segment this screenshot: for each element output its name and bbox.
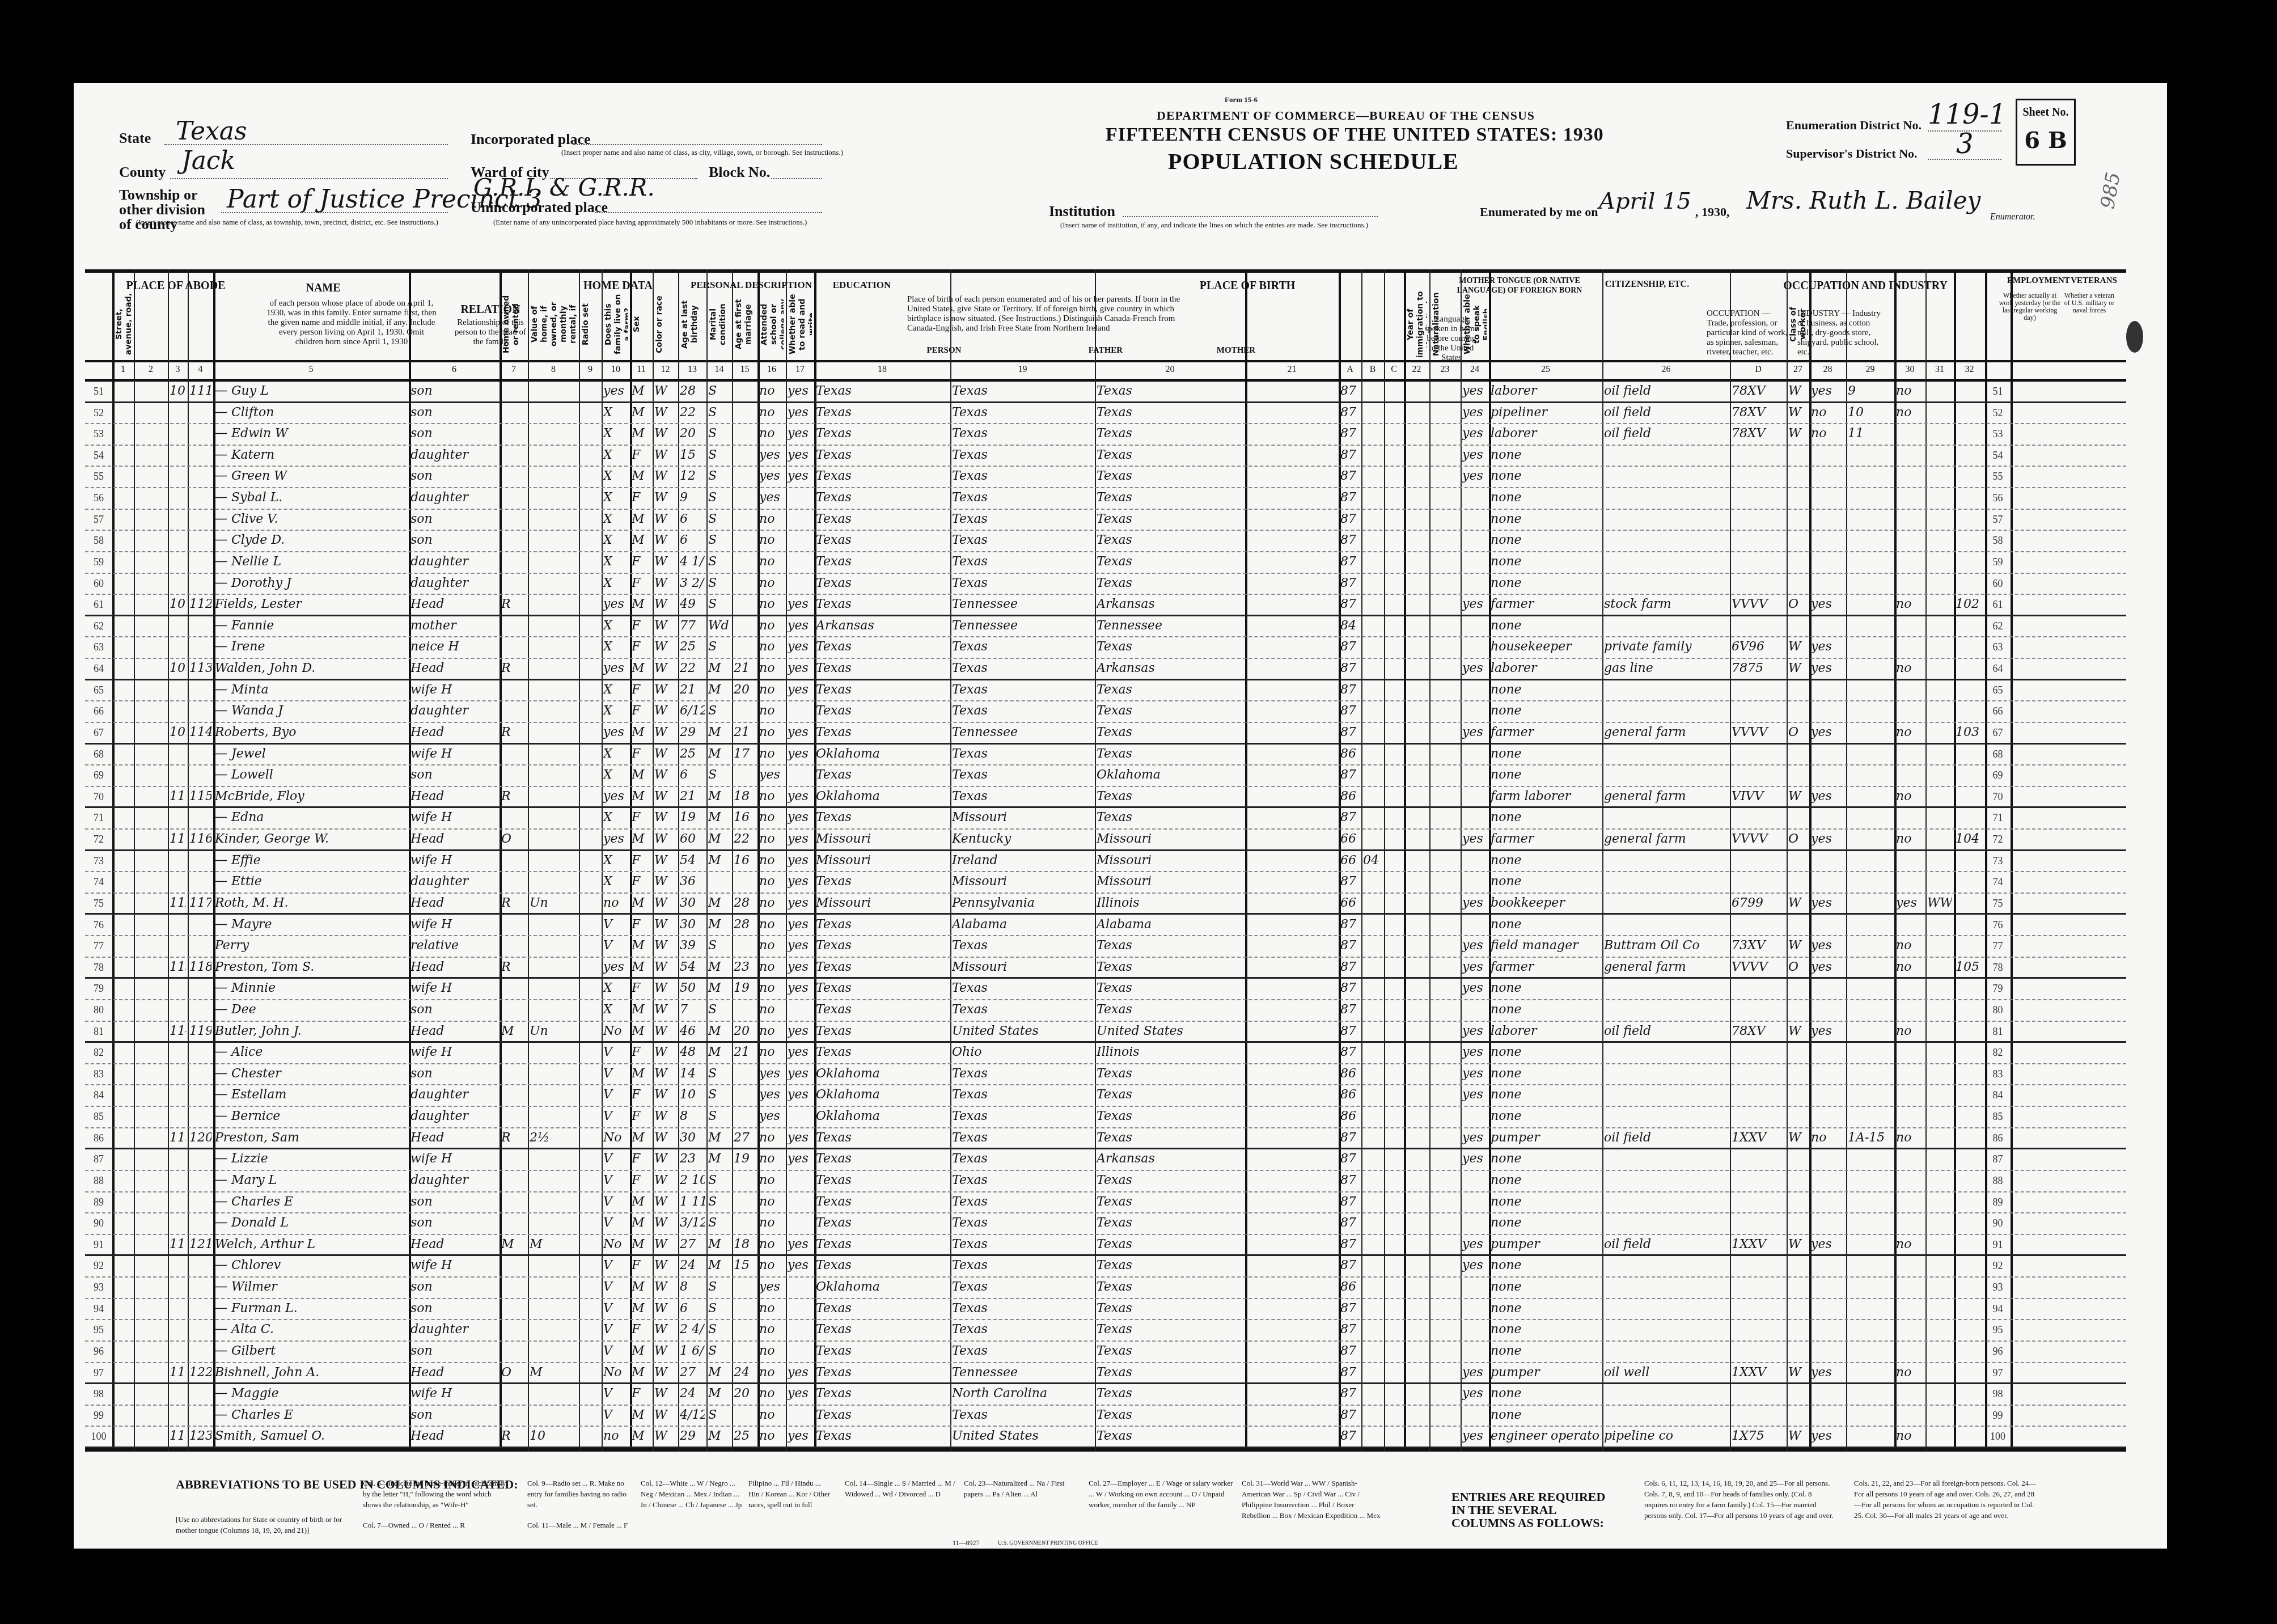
name-cell: Fields, Lester bbox=[215, 596, 407, 613]
read-cell: yes bbox=[788, 746, 812, 763]
dwelling-cell bbox=[170, 1044, 186, 1061]
radio-cell bbox=[581, 1151, 600, 1168]
value-cell bbox=[530, 916, 577, 933]
unemp-cell bbox=[1848, 489, 1893, 506]
table-row: 5656— Sybal L.daughterXFW9SyesTexasTexas… bbox=[85, 488, 2126, 510]
sex-cell: M bbox=[632, 788, 651, 805]
code-d-cell bbox=[1732, 809, 1785, 826]
father-cell: Texas bbox=[952, 532, 1093, 549]
line-number-right: 80 bbox=[1987, 1001, 2009, 1018]
english-cell bbox=[1462, 788, 1487, 805]
birth-cell: Texas bbox=[816, 1343, 949, 1360]
read-cell: yes bbox=[788, 660, 812, 677]
code-d-cell bbox=[1732, 1407, 1785, 1424]
code-d-cell: 1X75 bbox=[1732, 1428, 1785, 1445]
farmsched-cell bbox=[1956, 660, 1983, 677]
line-number: 89 bbox=[87, 1194, 111, 1211]
group-place-of-birth: PLACE OF BIRTH bbox=[1162, 280, 1332, 293]
read-cell: yes bbox=[788, 959, 812, 976]
marital-cell: M bbox=[708, 895, 730, 912]
war-cell bbox=[1927, 511, 1952, 528]
vet-cell: no bbox=[1896, 724, 1924, 741]
line-number-right: 71 bbox=[1987, 809, 2009, 826]
abbrev-col9: Col. 9—Radio set ... R. Make no entry fo… bbox=[527, 1478, 629, 1510]
school-cell: no bbox=[759, 831, 784, 848]
mother-cell: Texas bbox=[1097, 1215, 1243, 1232]
agemar-cell bbox=[734, 468, 756, 485]
school-cell: no bbox=[759, 660, 784, 677]
school-cell: no bbox=[759, 1343, 784, 1360]
class-cell: W bbox=[1788, 383, 1808, 400]
unincorporated-note: (Enter name of any unincorporated place … bbox=[493, 218, 807, 227]
marital-cell: M bbox=[708, 1257, 730, 1274]
code-d-cell bbox=[1732, 1044, 1785, 1061]
english-cell: yes bbox=[1462, 959, 1487, 976]
age-cell: 14 bbox=[680, 1065, 705, 1082]
class-cell bbox=[1788, 1215, 1808, 1232]
marital-cell: M bbox=[708, 1364, 730, 1381]
table-row: 8888— Mary LdaughterVFW2 10/12SnoTexasTe… bbox=[85, 1171, 2126, 1192]
group-education: EDUCATION bbox=[828, 280, 896, 291]
sex-cell: M bbox=[632, 1065, 651, 1082]
family-cell bbox=[189, 638, 211, 655]
sd-value: 3 bbox=[1956, 128, 1974, 160]
birth-cell: Missouri bbox=[816, 852, 949, 869]
school-cell: yes bbox=[759, 767, 784, 784]
value-cell bbox=[530, 553, 577, 570]
value-cell bbox=[530, 937, 577, 954]
birth-cell: Texas bbox=[816, 959, 949, 976]
mother-cell: United States bbox=[1097, 1023, 1243, 1040]
name-cell: — Irene bbox=[215, 638, 407, 655]
line-number: 60 bbox=[87, 575, 111, 592]
read-cell bbox=[788, 511, 812, 528]
occupation-cell: laborer bbox=[1491, 425, 1601, 442]
age-cell: 1 11/12 bbox=[680, 1194, 705, 1211]
english-cell bbox=[1462, 1300, 1487, 1317]
dwelling-cell bbox=[170, 1086, 186, 1103]
line-number-right: 63 bbox=[1987, 638, 2009, 655]
sex-cell: M bbox=[632, 959, 651, 976]
work-cell bbox=[1811, 1172, 1844, 1189]
school-cell: no bbox=[759, 532, 784, 549]
family-cell bbox=[189, 404, 211, 421]
work-cell bbox=[1811, 532, 1844, 549]
code-d-cell bbox=[1732, 873, 1785, 890]
radio-cell bbox=[581, 1172, 600, 1189]
table-row: 6363— Ireneneice HXFW25SnoyesTexasTexasT… bbox=[85, 637, 2126, 659]
father-cell: Texas bbox=[952, 980, 1093, 997]
line-number: 61 bbox=[87, 596, 111, 613]
line-number-right: 78 bbox=[1987, 959, 2009, 976]
marital-cell: M bbox=[708, 724, 730, 741]
english-cell: yes bbox=[1462, 425, 1487, 442]
tenure-cell bbox=[501, 980, 526, 997]
dwelling-cell: 112 bbox=[170, 895, 186, 912]
marital-cell: M bbox=[708, 1044, 730, 1061]
line-number: 99 bbox=[87, 1407, 111, 1424]
value-cell: Un bbox=[530, 1023, 577, 1040]
name-cell: Roberts, Byo bbox=[215, 724, 407, 741]
marital-cell: M bbox=[708, 831, 730, 848]
race-cell: W bbox=[654, 1086, 676, 1103]
tenure-cell: R bbox=[501, 724, 526, 741]
mother-cell: Texas bbox=[1097, 1300, 1243, 1317]
mother-cell: Arkansas bbox=[1097, 596, 1243, 613]
farm-cell: yes bbox=[603, 596, 628, 613]
marital-cell: Wd bbox=[708, 618, 730, 635]
form-number: Form 15-6 bbox=[1225, 95, 1258, 104]
rel-cell: daughter bbox=[410, 489, 498, 506]
industry-cell bbox=[1604, 1321, 1728, 1338]
code-d-cell bbox=[1732, 447, 1785, 464]
value-cell bbox=[530, 575, 577, 592]
father-cell: Alabama bbox=[952, 916, 1093, 933]
dwelling-cell bbox=[170, 1001, 186, 1018]
tenure-cell bbox=[501, 383, 526, 400]
abbrev-col7: Col. 7—Owned ... O / Rented ... R bbox=[363, 1520, 510, 1530]
radio-cell bbox=[581, 468, 600, 485]
marital-cell: M bbox=[708, 980, 730, 997]
race-cell: W bbox=[654, 746, 676, 763]
table-row: 5252— CliftonsonXMW22SnoyesTexasTexasTex… bbox=[85, 403, 2126, 425]
rel-cell: Head bbox=[410, 959, 498, 976]
column-number: 7 bbox=[500, 365, 528, 375]
mother-cell: Texas bbox=[1097, 1001, 1243, 1018]
table-row: 8585— BernicedaughterVFW8SyesOklahomaTex… bbox=[85, 1107, 2126, 1128]
code-d-cell bbox=[1732, 1343, 1785, 1360]
industry-cell: stock farm bbox=[1604, 596, 1728, 613]
tenure-cell: R bbox=[501, 596, 526, 613]
farmsched-cell bbox=[1956, 1321, 1983, 1338]
occupation-cell: none bbox=[1491, 1001, 1601, 1018]
english-cell: yes bbox=[1462, 980, 1487, 997]
family-cell: 111 bbox=[189, 383, 211, 400]
table-row: 8989— Charles EsonVMW1 11/12SnoTexasTexa… bbox=[85, 1192, 2126, 1214]
industry-cell bbox=[1604, 916, 1728, 933]
tenure-cell: R bbox=[501, 660, 526, 677]
code-a-cell: 87 bbox=[1340, 532, 1360, 549]
abbrev-note: [Use no abbreviations for State or count… bbox=[176, 1514, 346, 1536]
read-cell: yes bbox=[788, 1385, 812, 1402]
family-cell bbox=[189, 682, 211, 699]
read-cell: yes bbox=[788, 425, 812, 442]
occupation-cell: none bbox=[1491, 1279, 1601, 1296]
unemp-cell bbox=[1848, 916, 1893, 933]
line-number: 66 bbox=[87, 703, 111, 720]
read-cell: yes bbox=[788, 596, 812, 613]
radio-cell bbox=[581, 873, 600, 890]
farmsched-cell bbox=[1956, 1428, 1983, 1445]
agemar-cell: 20 bbox=[734, 1385, 756, 1402]
unemp-cell bbox=[1848, 638, 1893, 655]
unemp-cell bbox=[1848, 532, 1893, 549]
agemar-cell bbox=[734, 1001, 756, 1018]
radio-cell bbox=[581, 596, 600, 613]
occupation-cell: none bbox=[1491, 1343, 1601, 1360]
unincorporated-label: Unincorporated place bbox=[471, 199, 608, 216]
value-cell bbox=[530, 425, 577, 442]
sex-cell: F bbox=[632, 682, 651, 699]
farm-cell: No bbox=[603, 1023, 628, 1040]
unemp-cell bbox=[1848, 1151, 1893, 1168]
value-cell bbox=[530, 1257, 577, 1274]
sex-cell: M bbox=[632, 425, 651, 442]
farm-cell: V bbox=[603, 1151, 628, 1168]
agemar-cell bbox=[734, 1407, 756, 1424]
line-number-right: 76 bbox=[1987, 916, 2009, 933]
agemar-cell bbox=[734, 489, 756, 506]
class-cell bbox=[1788, 852, 1808, 869]
read-cell: yes bbox=[788, 682, 812, 699]
dwelling-cell bbox=[170, 682, 186, 699]
radio-cell bbox=[581, 809, 600, 826]
read-cell bbox=[788, 553, 812, 570]
sex-cell: F bbox=[632, 1172, 651, 1189]
war-cell bbox=[1927, 596, 1952, 613]
read-cell: yes bbox=[788, 468, 812, 485]
rel-cell: son bbox=[410, 1300, 498, 1317]
farmsched-cell bbox=[1956, 553, 1983, 570]
birth-cell: Texas bbox=[816, 937, 949, 954]
name-cell: — Chester bbox=[215, 1065, 407, 1082]
work-cell bbox=[1811, 1001, 1844, 1018]
tenure-cell bbox=[501, 489, 526, 506]
unemp-cell: 11 bbox=[1848, 425, 1893, 442]
school-cell: yes bbox=[759, 1108, 784, 1125]
farm-cell: V bbox=[603, 1065, 628, 1082]
war-cell bbox=[1927, 1364, 1952, 1381]
column-number: 17 bbox=[786, 365, 814, 375]
code-a-cell: 87 bbox=[1340, 1172, 1360, 1189]
code-d-cell bbox=[1732, 1086, 1785, 1103]
occupation-cell: none bbox=[1491, 532, 1601, 549]
family-cell: 116 bbox=[189, 831, 211, 848]
code-d-cell: 6V96 bbox=[1732, 638, 1785, 655]
unemp-cell bbox=[1848, 1321, 1893, 1338]
farm-cell: No bbox=[603, 1364, 628, 1381]
age-cell: 4/12 bbox=[680, 1407, 705, 1424]
family-cell bbox=[189, 1279, 211, 1296]
code-a-cell: 87 bbox=[1340, 1023, 1360, 1040]
school-cell: no bbox=[759, 852, 784, 869]
family-cell bbox=[189, 1343, 211, 1360]
tenure-cell bbox=[501, 682, 526, 699]
marital-cell: S bbox=[708, 1001, 730, 1018]
line-number-right: 82 bbox=[1987, 1044, 2009, 1061]
header-c11: Sex bbox=[632, 291, 650, 358]
family-cell: 119 bbox=[189, 1023, 211, 1040]
code-a-cell: 87 bbox=[1340, 980, 1360, 997]
name-cell: — Dorothy J bbox=[215, 575, 407, 592]
column-number: 19 bbox=[950, 365, 1095, 375]
tenure-cell bbox=[501, 511, 526, 528]
code-a-cell: 87 bbox=[1340, 1343, 1360, 1360]
line-number: 93 bbox=[87, 1279, 111, 1296]
tenure-cell: O bbox=[501, 1364, 526, 1381]
vet-cell bbox=[1896, 1108, 1924, 1125]
english-cell: yes bbox=[1462, 468, 1487, 485]
column-number: 10 bbox=[602, 365, 630, 375]
header-birth-instructions: Place of birth of each person enumerated… bbox=[907, 295, 1191, 335]
english-cell bbox=[1462, 682, 1487, 699]
value-cell bbox=[530, 959, 577, 976]
war-cell bbox=[1927, 1108, 1952, 1125]
dwelling-cell bbox=[170, 980, 186, 997]
code-d-cell: 1XXV bbox=[1732, 1364, 1785, 1381]
farmsched-cell bbox=[1956, 1086, 1983, 1103]
birth-cell: Texas bbox=[816, 1407, 949, 1424]
read-cell bbox=[788, 1215, 812, 1232]
read-cell: yes bbox=[788, 788, 812, 805]
father-cell: Texas bbox=[952, 383, 1093, 400]
dwelling-cell bbox=[170, 1108, 186, 1125]
code-d-cell bbox=[1732, 1001, 1785, 1018]
code-d-cell bbox=[1732, 468, 1785, 485]
family-cell: 115 bbox=[189, 788, 211, 805]
table-row: 8080— DeesonXMW7SnoTexasTexasTexas87none bbox=[85, 1000, 2126, 1022]
sex-cell: F bbox=[632, 1151, 651, 1168]
table-row: 9090— Donald LsonVMW3/12SnoTexasTexasTex… bbox=[85, 1213, 2126, 1235]
school-cell: no bbox=[759, 425, 784, 442]
war-cell bbox=[1927, 383, 1952, 400]
age-cell: 29 bbox=[680, 1428, 705, 1445]
value-cell bbox=[530, 682, 577, 699]
farmsched-cell bbox=[1956, 788, 1983, 805]
table-row: 7878113118Preston, Tom S.HeadRyesMW54M23… bbox=[85, 958, 2126, 979]
rel-cell: son bbox=[410, 1215, 498, 1232]
class-cell bbox=[1788, 489, 1808, 506]
birth-cell: Texas bbox=[816, 1151, 949, 1168]
race-cell: W bbox=[654, 1172, 676, 1189]
school-cell: no bbox=[759, 1364, 784, 1381]
line-number-right: 93 bbox=[1987, 1279, 2009, 1296]
class-cell: W bbox=[1788, 404, 1808, 421]
birth-cell: Texas bbox=[816, 809, 949, 826]
vet-cell: no bbox=[1896, 1364, 1924, 1381]
radio-cell bbox=[581, 1194, 600, 1211]
farm-cell: X bbox=[603, 511, 628, 528]
family-cell: 117 bbox=[189, 895, 211, 912]
marital-cell: S bbox=[708, 1279, 730, 1296]
header-father: FATHER bbox=[1049, 346, 1162, 356]
dwelling-cell: 118 bbox=[170, 1428, 186, 1445]
agemar-cell: 16 bbox=[734, 809, 756, 826]
birth-cell: Texas bbox=[816, 1428, 949, 1445]
war-cell bbox=[1927, 1343, 1952, 1360]
entries-list-a: Cols. 6, 11, 12, 13, 14, 16, 18, 19, 20,… bbox=[1644, 1478, 1837, 1521]
institution-label: Institution bbox=[1049, 203, 1115, 220]
sex-cell: M bbox=[632, 468, 651, 485]
table-row: 5757— Clive V.sonXMW6SnoTexasTexasTexas8… bbox=[85, 510, 2126, 531]
sd-label: Supervisor's District No. bbox=[1786, 146, 1918, 161]
class-cell bbox=[1788, 1407, 1808, 1424]
occupation-cell: none bbox=[1491, 703, 1601, 720]
race-cell: W bbox=[654, 1321, 676, 1338]
table-row: 5555— Green WsonXMW12SyesyesTexasTexasTe… bbox=[85, 467, 2126, 488]
race-cell: W bbox=[654, 511, 676, 528]
occupation-cell: none bbox=[1491, 447, 1601, 464]
occupation-cell: farm laborer bbox=[1491, 788, 1601, 805]
institution-note: (Insert name of institution, if any, and… bbox=[1060, 221, 1368, 230]
sex-cell: M bbox=[632, 937, 651, 954]
farmsched-cell bbox=[1956, 618, 1983, 635]
rel-cell: son bbox=[410, 1194, 498, 1211]
dwelling-cell bbox=[170, 447, 186, 464]
read-cell: yes bbox=[788, 852, 812, 869]
code-a-cell: 87 bbox=[1340, 660, 1360, 677]
industry-cell: private family bbox=[1604, 638, 1728, 655]
name-cell: Preston, Tom S. bbox=[215, 959, 407, 976]
father-cell: Texas bbox=[952, 447, 1093, 464]
name-cell: — Nellie L bbox=[215, 553, 407, 570]
english-cell: yes bbox=[1462, 447, 1487, 464]
agemar-cell bbox=[734, 937, 756, 954]
farm-cell: V bbox=[603, 1321, 628, 1338]
mother-cell: Texas bbox=[1097, 511, 1243, 528]
tenure-cell: O bbox=[501, 831, 526, 848]
vet-cell bbox=[1896, 489, 1924, 506]
industry-cell: oil field bbox=[1604, 1236, 1728, 1253]
farmsched-cell bbox=[1956, 1065, 1983, 1082]
race-cell: W bbox=[654, 489, 676, 506]
age-cell: 8 bbox=[680, 1279, 705, 1296]
occupation-cell: none bbox=[1491, 767, 1601, 784]
farmsched-cell bbox=[1956, 809, 1983, 826]
rel-cell: mother bbox=[410, 618, 498, 635]
code-d-cell: 78XV bbox=[1732, 383, 1785, 400]
english-cell: yes bbox=[1462, 895, 1487, 912]
school-cell: no bbox=[759, 618, 784, 635]
father-cell: Tennessee bbox=[952, 1364, 1093, 1381]
name-cell: — Mayre bbox=[215, 916, 407, 933]
code-a-cell: 87 bbox=[1340, 1130, 1360, 1147]
age-cell: 77 bbox=[680, 618, 705, 635]
name-cell: — Estellam bbox=[215, 1086, 407, 1103]
read-cell: yes bbox=[788, 980, 812, 997]
code-a-cell: 66 bbox=[1340, 852, 1360, 869]
family-cell bbox=[189, 1065, 211, 1082]
code-a-cell: 86 bbox=[1340, 1086, 1360, 1103]
marital-cell: S bbox=[708, 383, 730, 400]
value-cell bbox=[530, 1194, 577, 1211]
code-d-cell bbox=[1732, 1215, 1785, 1232]
race-cell: W bbox=[654, 1130, 676, 1147]
unemp-cell bbox=[1848, 468, 1893, 485]
block-label: Block No. bbox=[709, 164, 770, 181]
farmsched-cell bbox=[1956, 895, 1983, 912]
unemp-cell bbox=[1848, 1023, 1893, 1040]
line-number-right: 54 bbox=[1987, 447, 2009, 464]
father-cell: Texas bbox=[952, 1343, 1093, 1360]
dwelling-cell bbox=[170, 638, 186, 655]
read-cell: yes bbox=[788, 447, 812, 464]
value-cell bbox=[530, 638, 577, 655]
line-number-right: 62 bbox=[1987, 618, 2009, 635]
father-cell: Ireland bbox=[952, 852, 1093, 869]
name-cell: — Clive V. bbox=[215, 511, 407, 528]
name-cell: — Wanda J bbox=[215, 703, 407, 720]
tenure-cell bbox=[501, 746, 526, 763]
value-cell bbox=[530, 1044, 577, 1061]
occupation-cell: laborer bbox=[1491, 1023, 1601, 1040]
radio-cell bbox=[581, 1321, 600, 1338]
code-a-cell: 87 bbox=[1340, 767, 1360, 784]
tenure-cell bbox=[501, 916, 526, 933]
vet-cell: no bbox=[1896, 596, 1924, 613]
class-cell: O bbox=[1788, 596, 1808, 613]
mother-cell: Texas bbox=[1097, 1279, 1243, 1296]
